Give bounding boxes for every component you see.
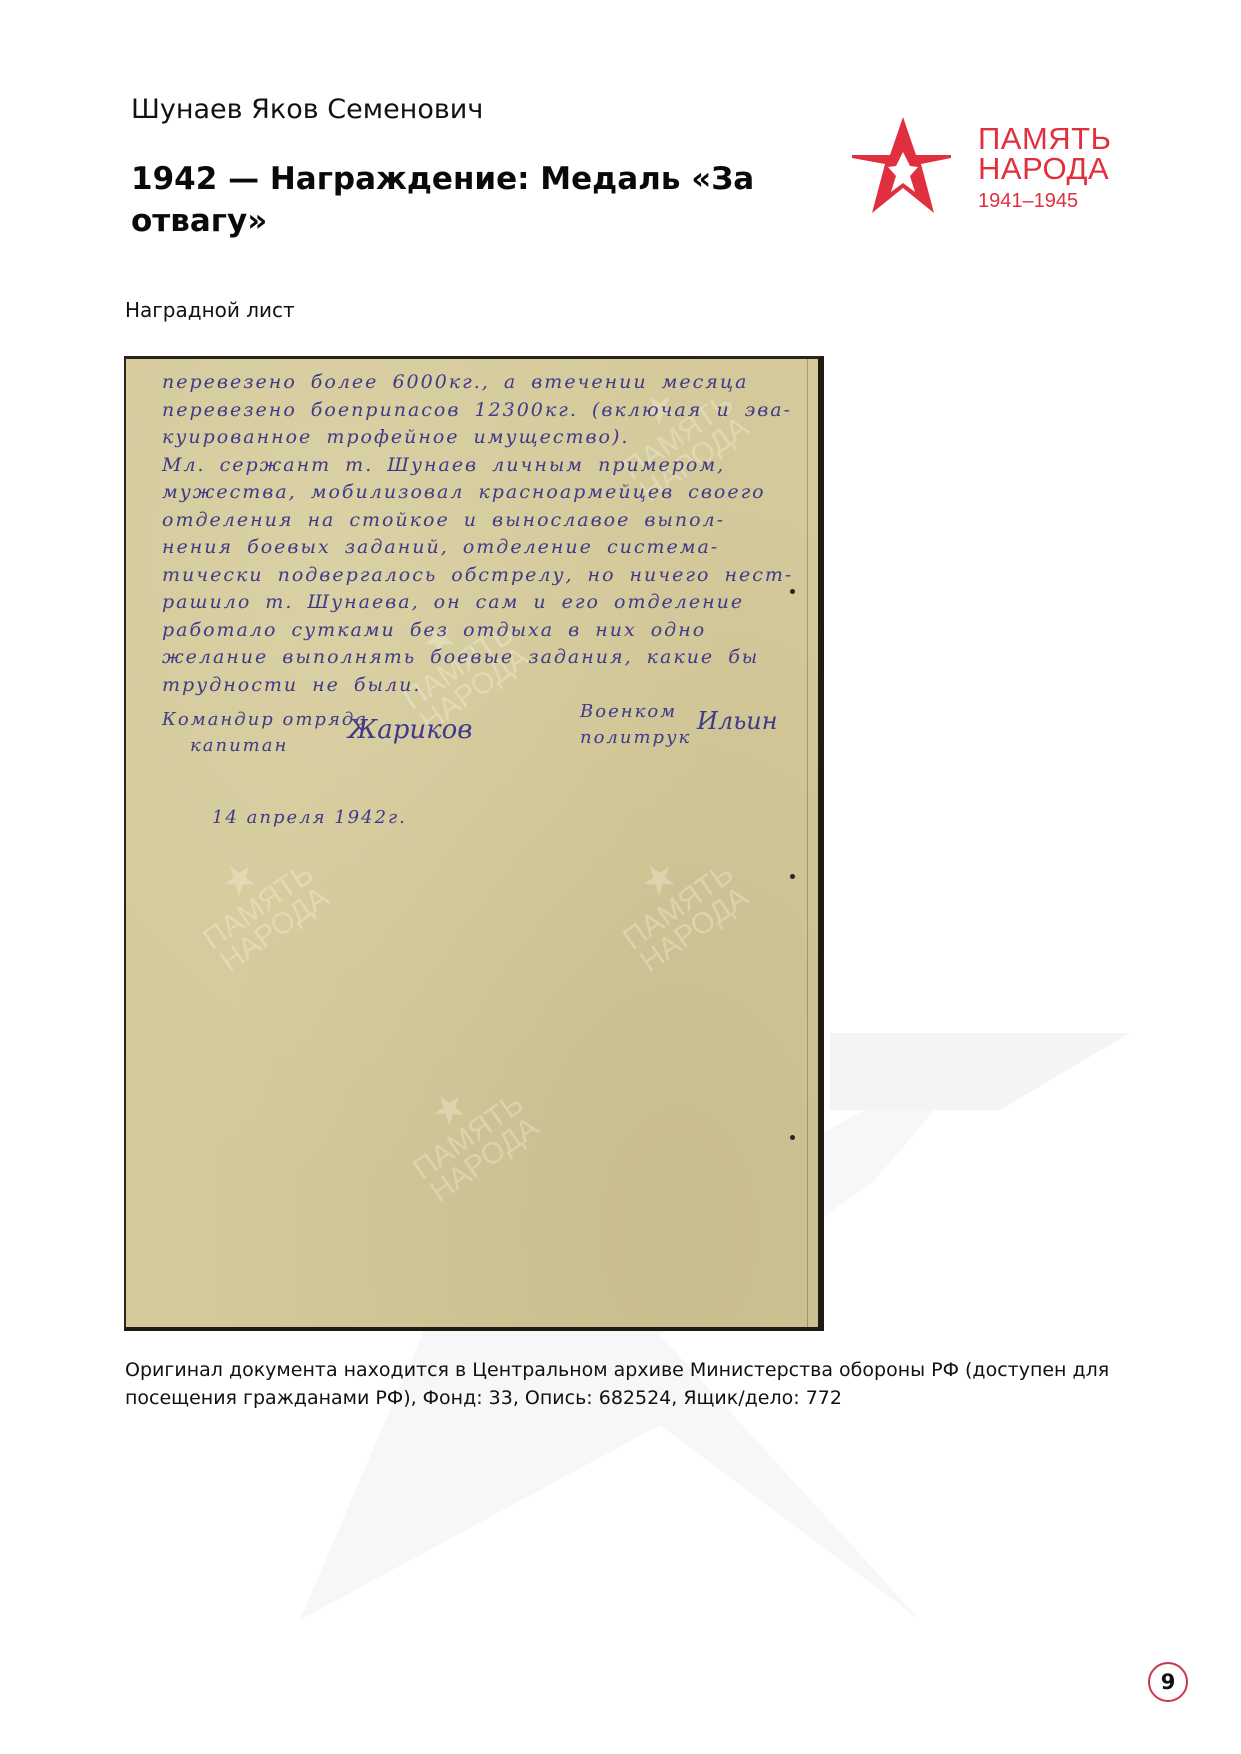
page-number: 9 [1148, 1662, 1188, 1702]
red-star-icon [850, 114, 954, 218]
punch-hole [790, 1135, 795, 1140]
award-sheet-scan: ★ПАМЯТЬНАРОДА ★ПАМЯТЬНАРОДА ★ПАМЯТЬНАРОД… [124, 356, 824, 1331]
archive-caption: Оригинал документа находится в Центральн… [125, 1356, 1125, 1412]
commander-title: Командир отряда [162, 709, 368, 730]
award-title: 1942 — Награждение: Медаль «За отвагу» [131, 158, 771, 242]
logo-text: ПАМЯТЬ НАРОДА 1941–1945 [978, 124, 1111, 216]
logo-line-2: НАРОДА [978, 154, 1111, 184]
commissar-title: Военком [580, 701, 677, 722]
commander-rank: капитан [190, 735, 288, 756]
signature-block: Командир отряда капитан Жариков Военком … [162, 709, 802, 779]
document-label: Наградной лист [125, 298, 295, 322]
watermark: ★ПАМЯТЬНАРОДА [386, 1057, 544, 1208]
person-name: Шунаев Яков Семенович [131, 94, 483, 125]
commander-signature: Жариков [348, 715, 472, 745]
paper-fold-line [807, 359, 808, 1327]
punch-hole [790, 874, 795, 879]
logo-line-1: ПАМЯТЬ [978, 124, 1111, 154]
commissar-signature: Ильин [697, 707, 778, 735]
pamyat-naroda-logo[interactable]: ПАМЯТЬ НАРОДА 1941–1945 [850, 114, 1130, 218]
handwritten-text: перевезено более 6000кг., а втечении мес… [162, 369, 802, 699]
commissar-rank: политрук [580, 727, 691, 748]
document-date: 14 апреля 1942г. [212, 807, 407, 828]
watermark: ★ПАМЯТЬНАРОДА [176, 827, 334, 978]
punch-hole [790, 589, 795, 594]
logo-years: 1941–1945 [978, 186, 1111, 216]
watermark: ★ПАМЯТЬНАРОДА [596, 827, 754, 978]
